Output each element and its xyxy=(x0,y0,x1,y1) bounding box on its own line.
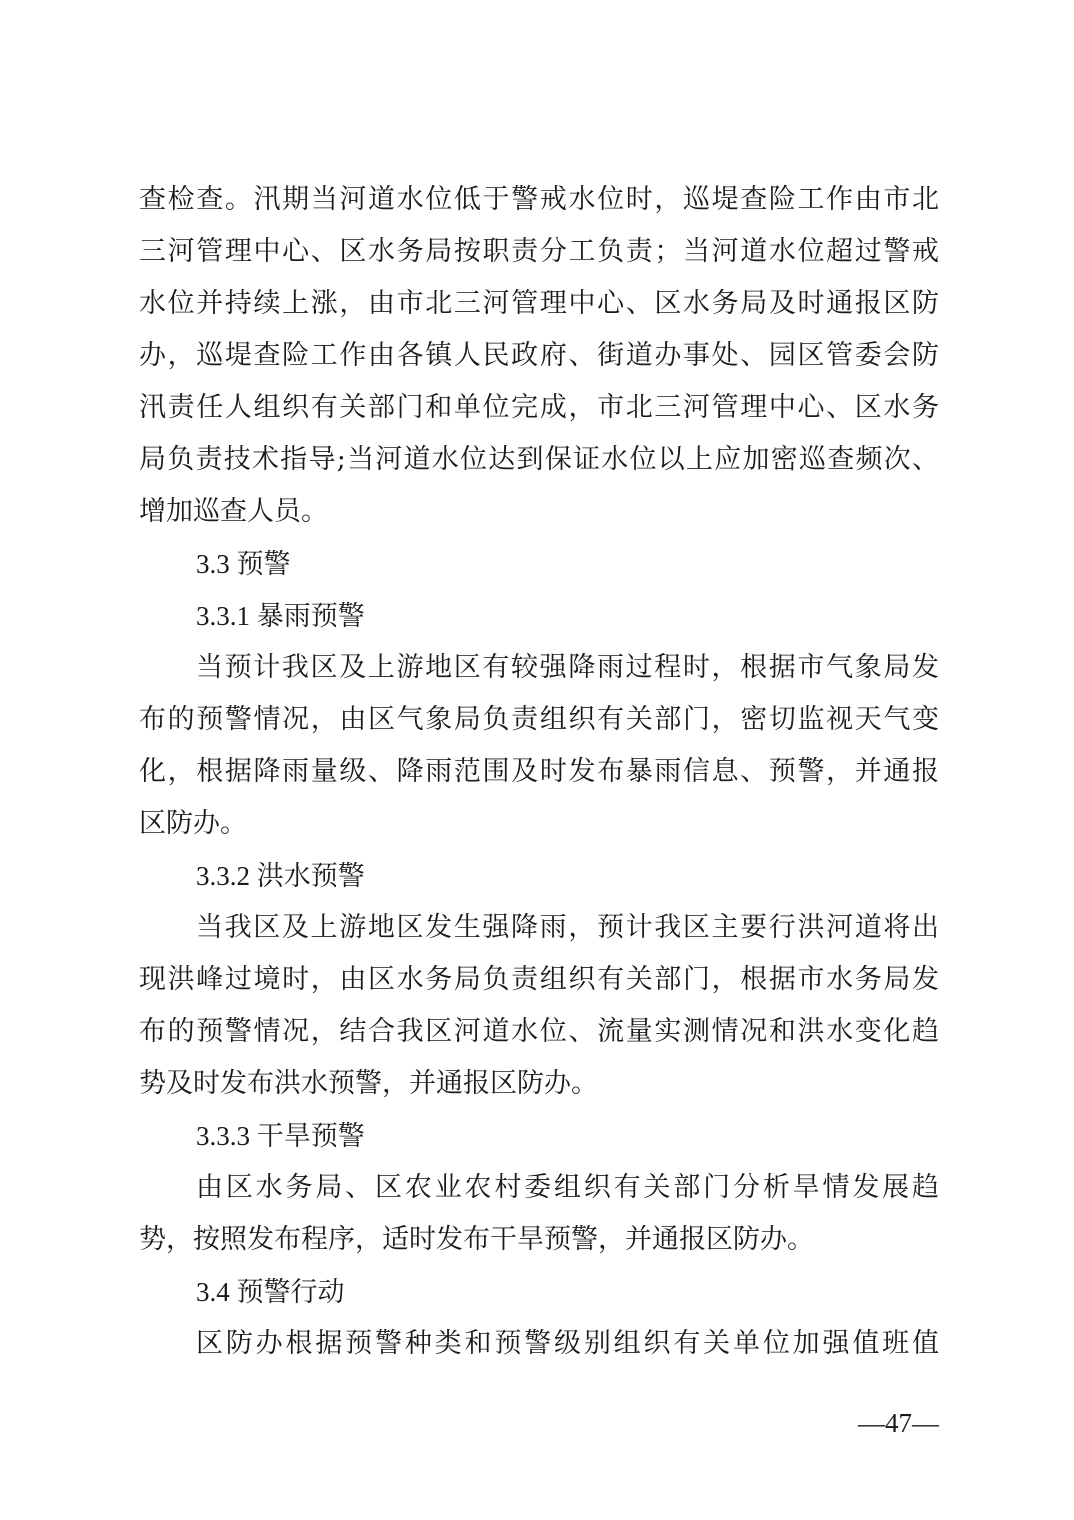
text-line: 布的预警情况，由区气象局负责组织有关部门，密切监视天气变 xyxy=(139,694,939,746)
page-number: —47— xyxy=(858,1408,939,1438)
section-heading-3-3-2: 3.3.2 洪水预警 xyxy=(139,850,939,902)
section-heading-3-3: 3.3 预警 xyxy=(139,538,939,590)
text-line: 布的预警情况，结合我区河道水位、流量实测情况和洪水变化趋 xyxy=(139,1006,939,1058)
section-heading-3-3-3: 3.3.3 干旱预警 xyxy=(139,1110,939,1162)
paragraph-drought-warning: 由区水务局、区农业农村委组织有关部门分析旱情发展趋 势，按照发布程序，适时发布干… xyxy=(139,1162,939,1266)
text-line: 当预计我区及上游地区有较强降雨过程时，根据市气象局发 xyxy=(139,642,939,694)
text-line: 水位并持续上涨，由市北三河管理中心、区水务局及时通报区防 xyxy=(139,278,939,330)
paragraph-continuation: 查检查。汛期当河道水位低于警戒水位时，巡堤查险工作由市北 三河管理中心、区水务局… xyxy=(139,174,939,538)
text-line: 区防办根据预警种类和预警级别组织有关单位加强值班值 xyxy=(139,1318,939,1370)
text-line: 当我区及上游地区发生强降雨，预计我区主要行洪河道将出 xyxy=(139,902,939,954)
text-line: 汛责任人组织有关部门和单位完成，市北三河管理中心、区水务 xyxy=(139,382,939,434)
text-line: 查检查。汛期当河道水位低于警戒水位时，巡堤查险工作由市北 xyxy=(139,174,939,226)
paragraph-warning-action: 区防办根据预警种类和预警级别组织有关单位加强值班值 xyxy=(139,1318,939,1370)
text-line: 现洪峰过境时，由区水务局负责组织有关部门，根据市水务局发 xyxy=(139,954,939,1006)
paragraph-rainstorm-warning: 当预计我区及上游地区有较强降雨过程时，根据市气象局发 布的预警情况，由区气象局负… xyxy=(139,642,939,850)
section-heading-3-3-1: 3.3.1 暴雨预警 xyxy=(139,590,939,642)
section-heading-3-4: 3.4 预警行动 xyxy=(139,1266,939,1318)
text-line: 增加巡查人员。 xyxy=(139,486,939,538)
text-line: 势，按照发布程序，适时发布干旱预警，并通报区防办。 xyxy=(139,1214,939,1266)
text-line: 三河管理中心、区水务局按职责分工负责；当河道水位超过警戒 xyxy=(139,226,939,278)
text-line: 由区水务局、区农业农村委组织有关部门分析旱情发展趋 xyxy=(139,1162,939,1214)
text-line: 化，根据降雨量级、降雨范围及时发布暴雨信息、预警，并通报 xyxy=(139,746,939,798)
text-line: 局负责技术指导;当河道水位达到保证水位以上应加密巡查频次、 xyxy=(139,434,939,486)
text-line: 势及时发布洪水预警，并通报区防办。 xyxy=(139,1058,939,1110)
document-body: 查检查。汛期当河道水位低于警戒水位时，巡堤查险工作由市北 三河管理中心、区水务局… xyxy=(139,174,939,1370)
text-line: 区防办。 xyxy=(139,798,939,850)
paragraph-flood-warning: 当我区及上游地区发生强降雨，预计我区主要行洪河道将出 现洪峰过境时，由区水务局负… xyxy=(139,902,939,1110)
text-line: 办，巡堤查险工作由各镇人民政府、街道办事处、园区管委会防 xyxy=(139,330,939,382)
